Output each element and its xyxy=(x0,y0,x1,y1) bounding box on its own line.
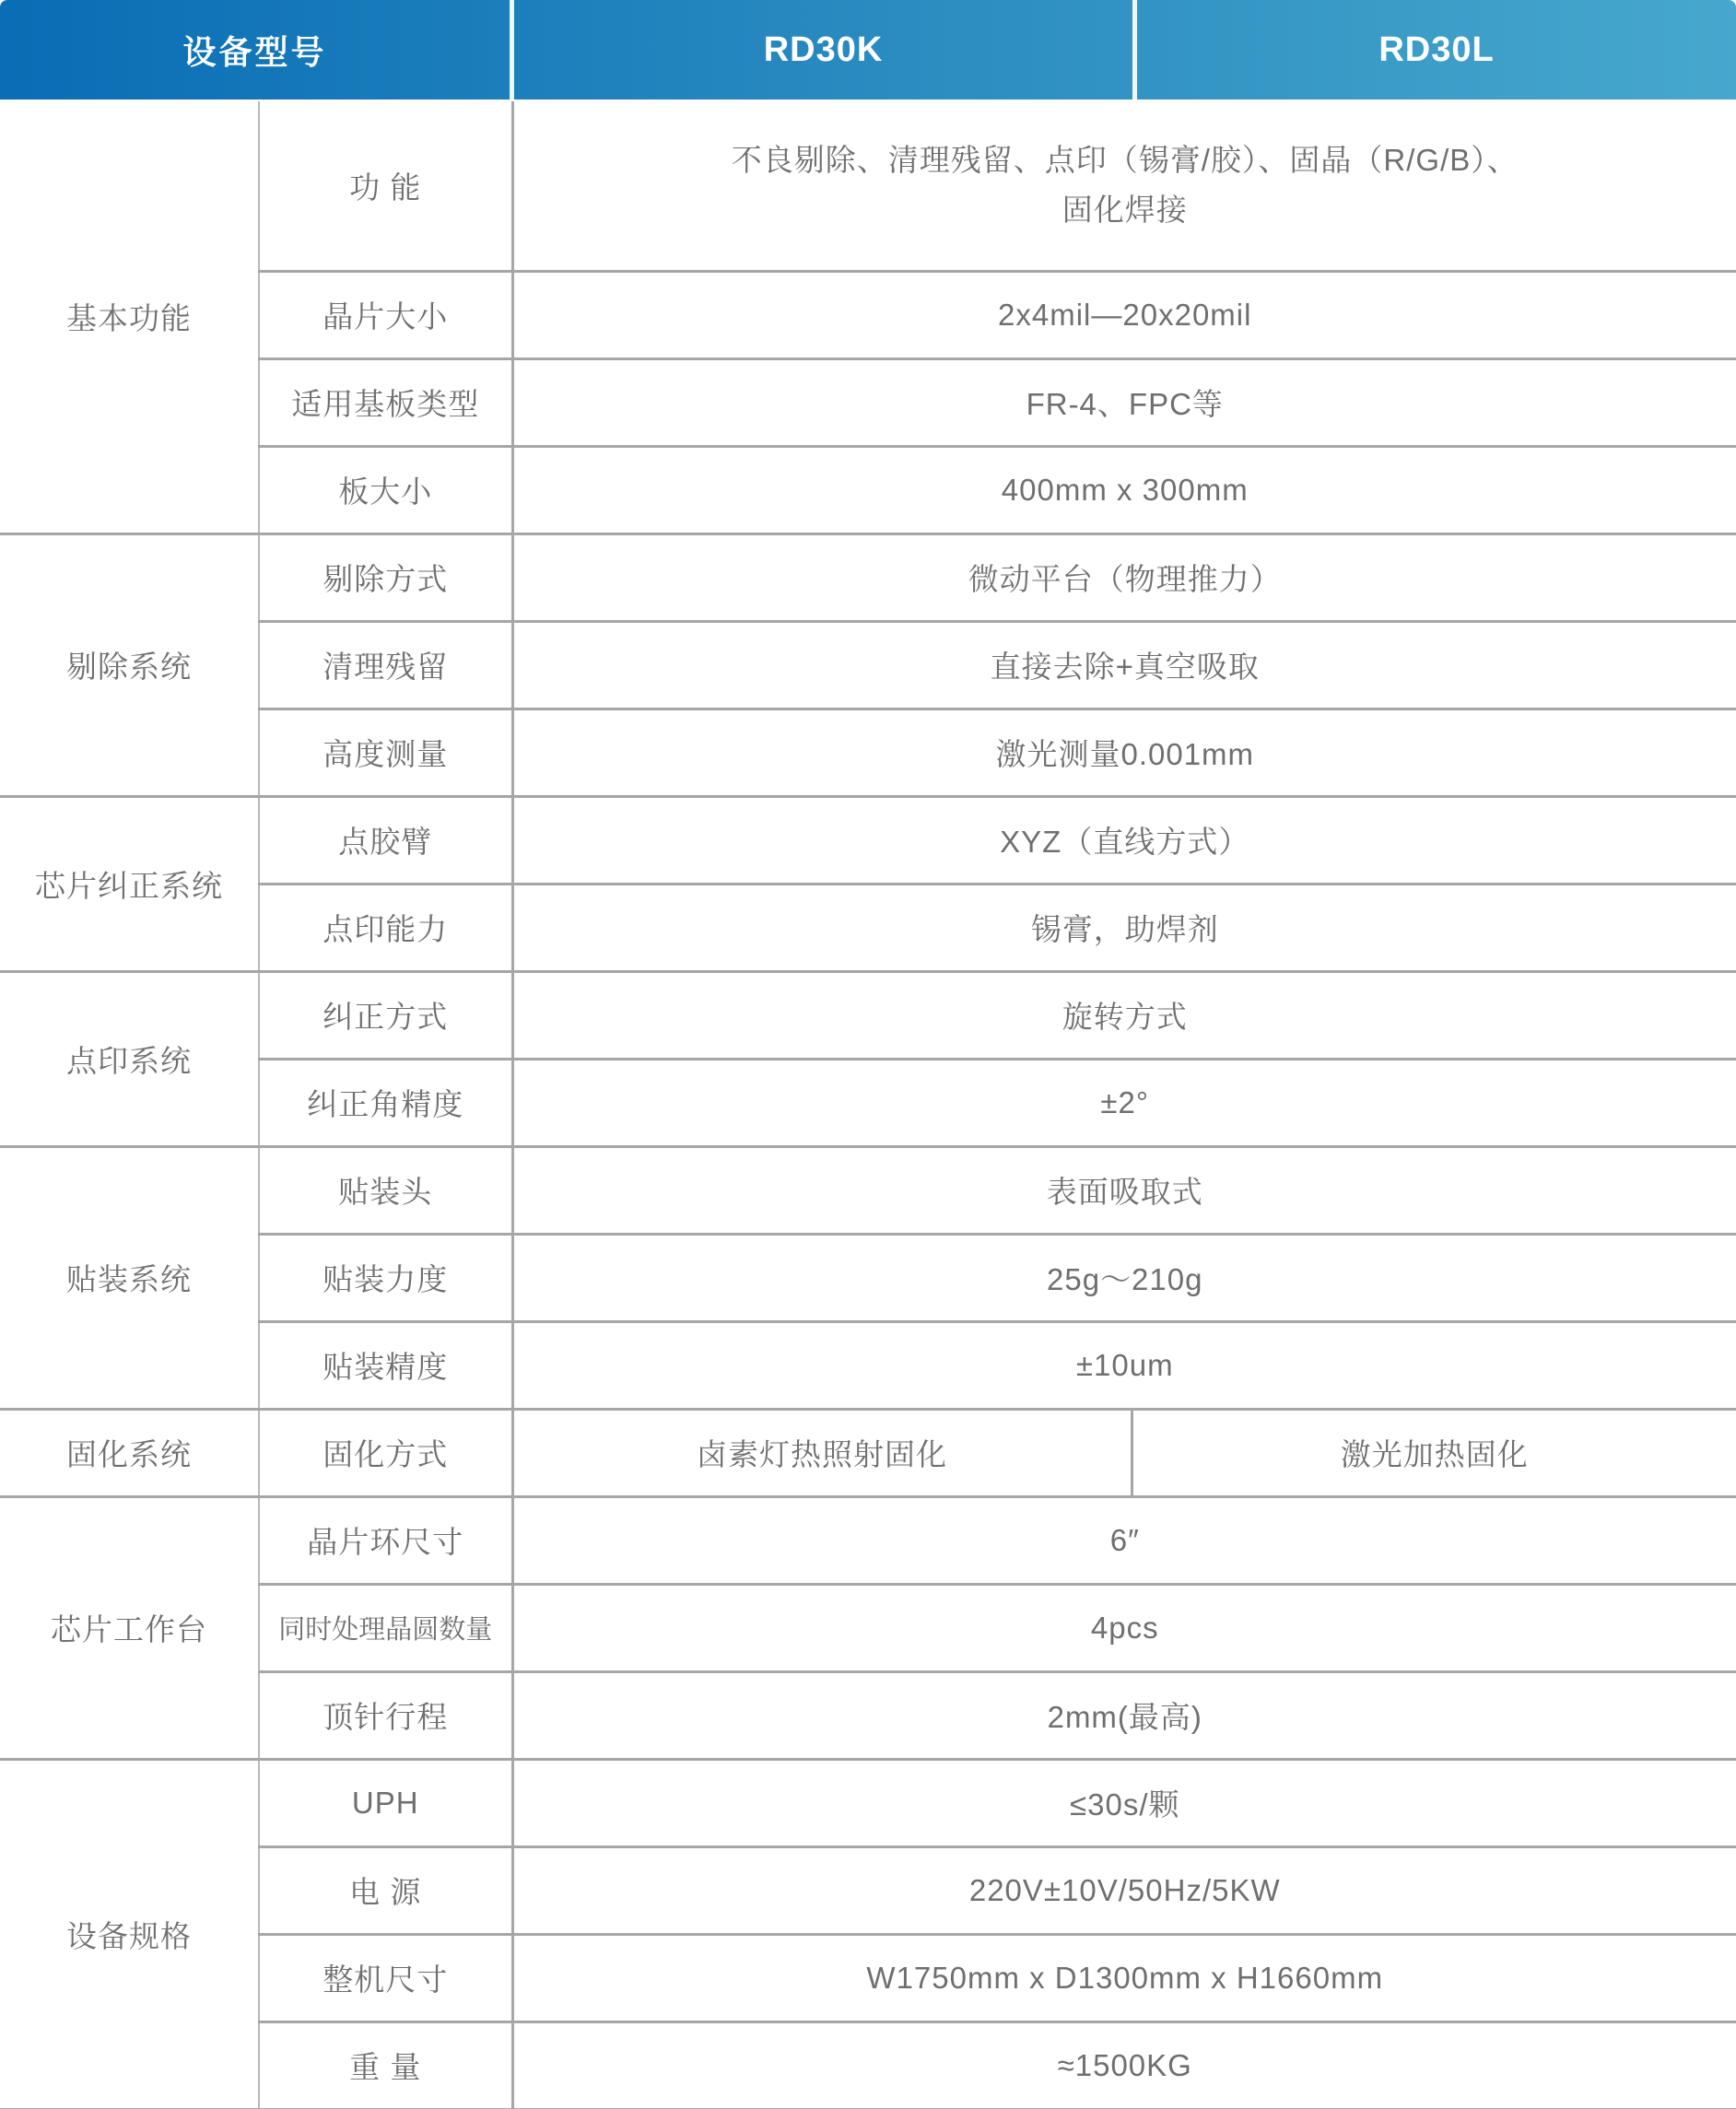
spec-label-cell: 适用基板类型 xyxy=(259,358,512,446)
spec-value-cell: 400mm x 300mm xyxy=(512,446,1736,533)
spec-label-cell: 晶片大小 xyxy=(259,271,512,358)
spec-value-cell: XYZ（直线方式） xyxy=(512,796,1736,884)
spec-table: 基本功能功 能不良剔除、清理残留、点印（锡膏/胶）、固晶（R/G/B）、 固化焊… xyxy=(0,101,1736,2109)
table-row: 晶片大小2x4mil—20x20mil xyxy=(0,271,1736,358)
group-cell: 芯片工作台 xyxy=(0,1496,259,1759)
table-row: 点印能力锡膏，助焊剂 xyxy=(0,884,1736,971)
header-model-rd30l-cell: RD30L xyxy=(1132,0,1736,100)
spec-value-cell: 锡膏，助焊剂 xyxy=(512,884,1736,971)
spec-label-cell: 高度测量 xyxy=(259,709,512,796)
spec-value-cell: 220V±10V/50Hz/5KW xyxy=(512,1846,1736,1934)
spec-value-cell: 不良剔除、清理残留、点印（锡膏/胶）、固晶（R/G/B）、 固化焊接 xyxy=(512,101,1736,271)
header-model-rd30k-label: RD30K xyxy=(764,30,884,70)
spec-value-rd30l-cell: 激光加热固化 xyxy=(1132,1409,1736,1496)
spec-label-cell: 重 量 xyxy=(259,2021,512,2109)
table-row: 贴装精度±10um xyxy=(0,1321,1736,1409)
table-row: 整机尺寸W1750mm x D1300mm x H1660mm xyxy=(0,1934,1736,2021)
table-row: 基本功能功 能不良剔除、清理残留、点印（锡膏/胶）、固晶（R/G/B）、 固化焊… xyxy=(0,101,1736,271)
table-header-row: 设备型号 RD30K RD30L xyxy=(0,0,1736,100)
spec-value-cell: ≈1500KG xyxy=(512,2021,1736,2109)
spec-label-cell: 晶片环尺寸 xyxy=(259,1496,512,1584)
spec-label-cell: 清理残留 xyxy=(259,621,512,709)
table-row: 剔除系统剔除方式微动平台（物理推力） xyxy=(0,533,1736,621)
spec-value-cell: ±10um xyxy=(512,1321,1736,1409)
table-row: 清理残留直接去除+真空吸取 xyxy=(0,621,1736,709)
spec-value-cell: 激光测量0.001mm xyxy=(512,709,1736,796)
table-row: 贴装系统贴装头表面吸取式 xyxy=(0,1146,1736,1234)
spec-value-cell: 微动平台（物理推力） xyxy=(512,533,1736,621)
spec-value-cell: 直接去除+真空吸取 xyxy=(512,621,1736,709)
spec-label-cell: 贴装力度 xyxy=(259,1234,512,1321)
spec-value-cell: 25g～210g xyxy=(512,1234,1736,1321)
table-row: 适用基板类型FR-4、FPC等 xyxy=(0,358,1736,446)
spec-label-cell: 纠正方式 xyxy=(259,971,512,1059)
spec-value-cell: 旋转方式 xyxy=(512,971,1736,1059)
spec-value-cell: 4pcs xyxy=(512,1584,1736,1671)
table-row: 高度测量激光测量0.001mm xyxy=(0,709,1736,796)
table-row: 点印系统纠正方式旋转方式 xyxy=(0,971,1736,1059)
spec-label-cell: 纠正角精度 xyxy=(259,1059,512,1146)
spec-value-cell: 2x4mil—20x20mil xyxy=(512,271,1736,358)
group-cell: 点印系统 xyxy=(0,971,259,1146)
spec-sheet: 设备型号 RD30K RD30L 基本功能功 能不良剔除、清理残留、点印（锡膏/… xyxy=(0,0,1736,2109)
header-device-model-cell: 设备型号 xyxy=(0,0,510,100)
spec-label-cell: 顶针行程 xyxy=(259,1671,512,1759)
table-row: 板大小400mm x 300mm xyxy=(0,446,1736,533)
spec-label-cell: 点胶臂 xyxy=(259,796,512,884)
table-row: 贴装力度25g～210g xyxy=(0,1234,1736,1321)
table-row: 芯片工作台晶片环尺寸6″ xyxy=(0,1496,1736,1584)
table-row: 固化系统固化方式卤素灯热照射固化激光加热固化 xyxy=(0,1409,1736,1496)
table-row: 芯片纠正系统点胶臂XYZ（直线方式） xyxy=(0,796,1736,884)
spec-value-cell: 2mm(最高) xyxy=(512,1671,1736,1759)
spec-label-cell: UPH xyxy=(259,1759,512,1846)
table-row: 重 量≈1500KG xyxy=(0,2021,1736,2109)
spec-label-cell: 剔除方式 xyxy=(259,533,512,621)
table-row: 顶针行程2mm(最高) xyxy=(0,1671,1736,1759)
spec-label-cell: 板大小 xyxy=(259,446,512,533)
table-row: 设备规格UPH≤30s/颗 xyxy=(0,1759,1736,1846)
spec-label-cell: 固化方式 xyxy=(259,1409,512,1496)
spec-label-cell: 电 源 xyxy=(259,1846,512,1934)
table-row: 电 源220V±10V/50Hz/5KW xyxy=(0,1846,1736,1934)
spec-value-cell: 6″ xyxy=(512,1496,1736,1584)
group-cell: 贴装系统 xyxy=(0,1146,259,1409)
spec-value-rd30k-cell: 卤素灯热照射固化 xyxy=(512,1409,1132,1496)
group-cell: 固化系统 xyxy=(0,1409,259,1496)
spec-value-cell: ±2° xyxy=(512,1059,1736,1146)
spec-label-cell: 点印能力 xyxy=(259,884,512,971)
spec-label-cell: 同时处理晶圆数量 xyxy=(259,1584,512,1671)
spec-label-cell: 功 能 xyxy=(259,101,512,271)
header-model-rd30l-label: RD30L xyxy=(1378,30,1494,70)
header-device-model-label: 设备型号 xyxy=(182,27,326,74)
spec-value-cell: 表面吸取式 xyxy=(512,1146,1736,1234)
spec-value-cell: ≤30s/颗 xyxy=(512,1759,1736,1846)
spec-label-cell: 贴装精度 xyxy=(259,1321,512,1409)
spec-value-cell: FR-4、FPC等 xyxy=(512,358,1736,446)
table-row: 纠正角精度±2° xyxy=(0,1059,1736,1146)
header-model-rd30k-cell: RD30K xyxy=(510,0,1132,100)
group-cell: 芯片纠正系统 xyxy=(0,796,259,971)
group-cell: 基本功能 xyxy=(0,101,259,533)
spec-label-cell: 贴装头 xyxy=(259,1146,512,1234)
table-row: 同时处理晶圆数量4pcs xyxy=(0,1584,1736,1671)
group-cell: 设备规格 xyxy=(0,1759,259,2109)
spec-label-cell: 整机尺寸 xyxy=(259,1934,512,2021)
spec-value-cell: W1750mm x D1300mm x H1660mm xyxy=(512,1934,1736,2021)
group-cell: 剔除系统 xyxy=(0,533,259,796)
